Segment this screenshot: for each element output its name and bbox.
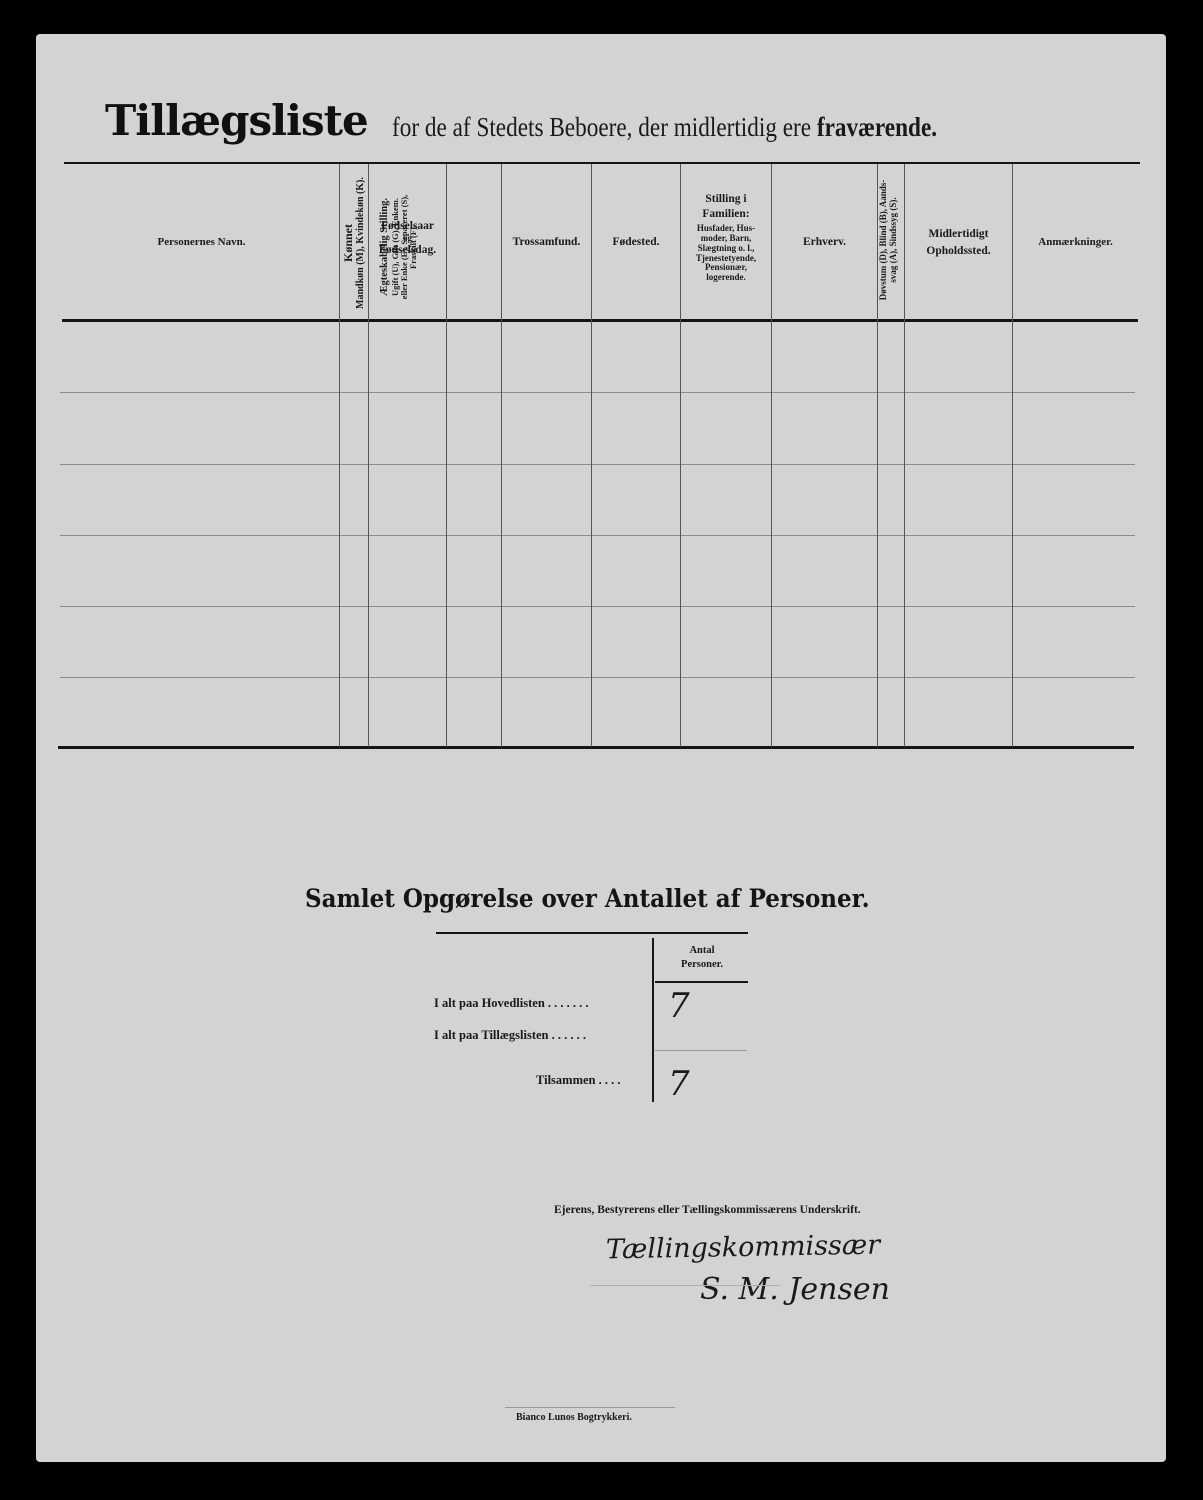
summary-value-total: 7 — [668, 1064, 690, 1104]
summary-column-divider — [652, 938, 654, 1102]
header-label: logerende. — [681, 273, 771, 283]
header-family-position: Stilling i Familien: Husfader, Hus- mode… — [681, 192, 771, 283]
header-label: Familien: — [681, 207, 771, 222]
summary-label-main-list: I alt paa Hovedlisten . . . . . . . — [434, 996, 589, 1011]
column-divider — [1012, 164, 1013, 747]
footer-rule — [505, 1407, 675, 1408]
column-divider — [446, 164, 447, 747]
header-disabilities: Døvstum (D), Blind (B), Aands- svag (A),… — [879, 167, 903, 313]
header-label: Anmærkninger. — [1038, 236, 1112, 248]
header-label: Stilling i — [681, 192, 771, 207]
form-subtitle: for de af Stedets Beboere, der midlertid… — [392, 112, 937, 143]
signature-line — [590, 1285, 780, 1286]
column-divider — [771, 164, 772, 747]
header-names: Personernes Navn. — [64, 236, 339, 249]
summary-header-rule — [655, 981, 748, 983]
row-rule — [60, 606, 1135, 607]
header-religion: Trossamfund. — [502, 236, 591, 249]
header-label: Midlertidigt — [905, 226, 1012, 243]
row-rule — [60, 535, 1135, 536]
row-rule — [60, 677, 1135, 678]
signature-handwritten-name: S. M. Jensen — [700, 1272, 890, 1307]
table-header-rule — [62, 319, 1138, 322]
header-label: Ægteskabelig Stilling. — [379, 174, 391, 320]
header-label: Fødested. — [613, 236, 660, 248]
form-title: Tillægsliste — [105, 96, 368, 145]
header-sex: Kønnet Mandkøn (M), Kvindekøn (K). — [342, 98, 368, 388]
header-label: Mandkøn (M), Kvindekøn (K). — [355, 98, 366, 388]
subtitle-emphasis: fraværende. — [817, 112, 937, 142]
subtitle-text: for de af Stedets Beboere, der midlertid… — [392, 112, 811, 142]
header-label: Fraskilt (F). — [409, 174, 418, 320]
column-divider — [501, 164, 502, 747]
row-rule — [60, 464, 1135, 465]
header-label: Personernes Navn. — [158, 236, 246, 248]
header-temporary-residence: Midlertidigt Opholdssted. — [905, 226, 1012, 259]
row-rule — [60, 392, 1135, 393]
header-label: Opholdssted. — [905, 243, 1012, 260]
header-birthplace: Fødested. — [592, 236, 680, 249]
summary-subtotal-rule — [655, 1050, 747, 1051]
printer-imprint: Bianco Lunos Bogtrykkeri. — [516, 1412, 632, 1423]
header-label: Antal — [656, 944, 748, 958]
summary-top-rule — [436, 932, 748, 934]
table-bottom-rule — [58, 746, 1134, 749]
header-occupation: Erhverv. — [772, 236, 877, 249]
header-label: Kønnet — [342, 98, 355, 388]
column-divider — [591, 164, 592, 747]
signature-handwritten-title: Tællingskommissær — [606, 1230, 881, 1266]
header-remarks: Anmærkninger. — [1013, 236, 1138, 249]
header-label: Personer. — [656, 958, 748, 972]
summary-count-header: Antal Personer. — [656, 944, 748, 972]
summary-label-supplement-list: I alt paa Tillægslisten . . . . . . — [434, 1028, 586, 1043]
header-marital-status: Ægteskabelig Stilling. Ugift (U), Gift (… — [379, 174, 429, 320]
signature-caption: Ejerens, Bestyrerens eller Tællingskommi… — [554, 1204, 861, 1216]
summary-label-total: Tilsammen . . . . — [536, 1073, 621, 1088]
table-top-rule — [64, 162, 1140, 164]
header-label: svag (A), Sindssyg (S). — [889, 167, 899, 313]
column-divider — [339, 164, 340, 747]
header-label: Erhverv. — [803, 236, 846, 248]
header-label: Trossamfund. — [513, 236, 581, 248]
summary-value-main-list: 7 — [668, 986, 690, 1026]
summary-title: Samlet Opgørelse over Antallet af Person… — [305, 884, 870, 913]
